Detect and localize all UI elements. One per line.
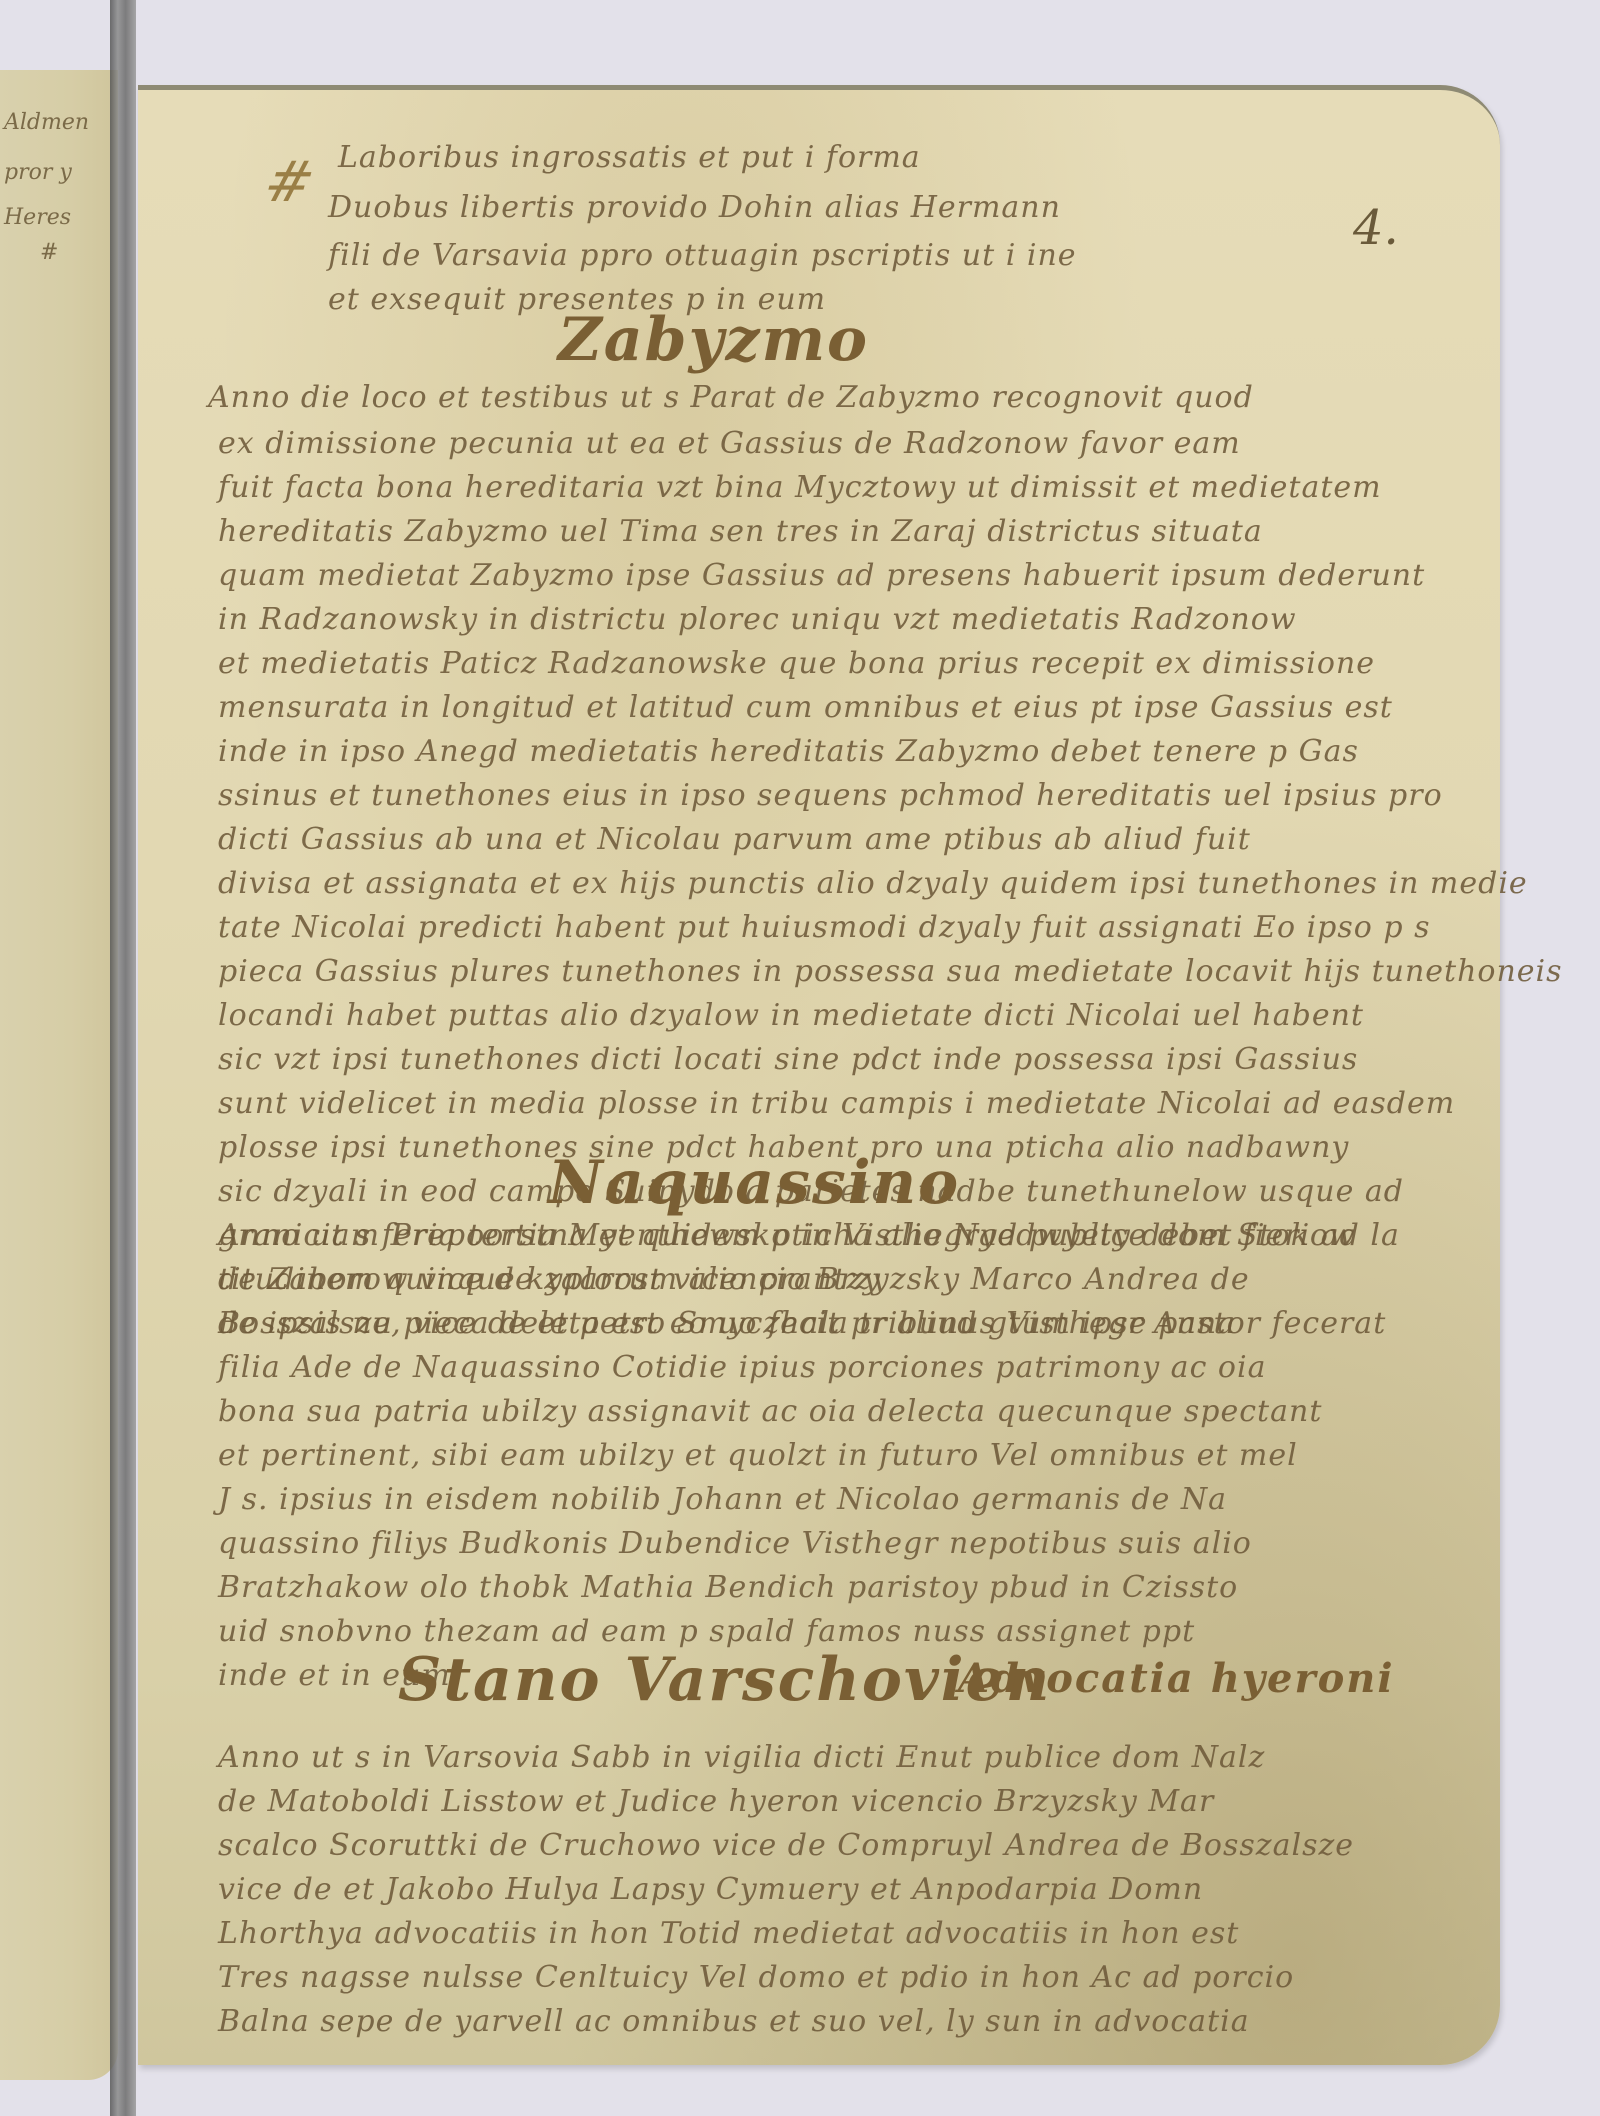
text-line: filia Ade de Naquassino Cotidie ipius po… (218, 1350, 1418, 1385)
text-line: Bosszalsze, vice de et petro Smyczhala t… (218, 1306, 1418, 1341)
text-line: tate Nicolai predicti habent put huiusmo… (218, 910, 1418, 945)
text-line: dicti Gassius ab una et Nicolau parvum a… (218, 822, 1418, 857)
text-line: fuit facta bona hereditaria vzt bina Myc… (218, 470, 1418, 505)
text-line: locandi habet puttas alio dzyalow in med… (218, 998, 1418, 1033)
text-line: inde in ipso Anegd medietatis hereditati… (218, 734, 1418, 769)
text-line: de Zaborow vice de zaarost vicencio Brzy… (218, 1262, 1418, 1297)
text-line: in Radzanowsky in districtu plorec uniqu… (218, 602, 1418, 637)
facing-page-fragment: Aldmen pror y Heres # (0, 70, 118, 2080)
text-line: scalco Scoruttki de Cruchowo vice de Com… (218, 1828, 1418, 1863)
text-line: sunt videlicet in media plosse in tribu … (218, 1086, 1418, 1121)
section-heading: Stano Varschovien (398, 1645, 1051, 1715)
text-line: pieca Gassius plures tunethones in posse… (218, 954, 1418, 989)
text-line: Laboribus ingrossatis et put i forma (338, 140, 1538, 175)
section-heading: Naquassino (548, 1148, 960, 1218)
text-line: uid snobvno thezam ad eam p spald famos … (218, 1614, 1418, 1649)
text-line: de Matoboldi Lisstow et Judice hyeron vi… (218, 1784, 1418, 1819)
text-line: et medietatis Paticz Radzanowske que bon… (218, 646, 1418, 681)
text-line: ex dimissione pecunia ut ea et Gassius d… (218, 426, 1418, 461)
text-line: bona sua patria ubilzy assignavit ac oia… (218, 1394, 1418, 1429)
text-line: J s. ipsius in eisdem nobilib Johann et … (218, 1482, 1418, 1517)
manuscript-page: 4. # Laboribus ingrossatis et put i form… (138, 85, 1500, 2065)
text-line: et exsequit presentes p in eum (328, 282, 1528, 317)
text-line: Tres nagsse nulsse Cenltuicy Vel domo et… (218, 1960, 1418, 1995)
text-line: Bratzhakow olo thobk Mathia Bendich pari… (218, 1570, 1418, 1605)
text-line: Anno die loco et testibus ut s Parat de … (208, 380, 1408, 415)
glass-plate-edge (110, 0, 136, 2116)
text-line: fili de Varsavia ppro ottuagin pscriptis… (328, 238, 1528, 273)
text-line: mensurata in longitud et latitud cum omn… (218, 690, 1418, 725)
text-line: Lhorthya advocatiis in hon Totid medieta… (218, 1916, 1418, 1951)
text-line: Balna sepe de yarvell ac omnibus et suo … (218, 2004, 1418, 2039)
margin-note: Heres (4, 205, 71, 230)
margin-note: pror y (4, 160, 72, 185)
text-line: Anno ut s feria tertia Myenthewsko in Vi… (218, 1218, 1418, 1253)
margin-note: Aldmen (4, 110, 89, 135)
section-subheading: Advocatia hyeroni (958, 1655, 1395, 1702)
text-line: Anno ut s in Varsovia Sabb in vigilia di… (218, 1740, 1418, 1775)
hash-mark: # (257, 150, 321, 215)
text-line: divisa et assignata et ex hijs punctis a… (218, 866, 1418, 901)
text-line: hereditatis Zabyzmo uel Tima sen tres in… (218, 514, 1418, 549)
text-line: et pertinent, sibi eam ubilzy et quolzt … (218, 1438, 1418, 1473)
text-line: quam medietat Zabyzmo ipse Gassius ad pr… (218, 558, 1418, 593)
text-line: quassino filiys Budkonis Dubendice Visth… (218, 1526, 1418, 1561)
text-line: vice de et Jakobo Hulya Lapsy Cymuery et… (218, 1872, 1418, 1907)
margin-note: # (40, 240, 58, 265)
text-line: sic vzt ipsi tunethones dicti locati sin… (218, 1042, 1418, 1077)
section-heading: Zabyzmo (558, 305, 869, 375)
text-line: ssinus et tunethones eius in ipso sequen… (218, 778, 1418, 813)
text-line: Duobus libertis provido Dohin alias Herm… (328, 190, 1528, 225)
